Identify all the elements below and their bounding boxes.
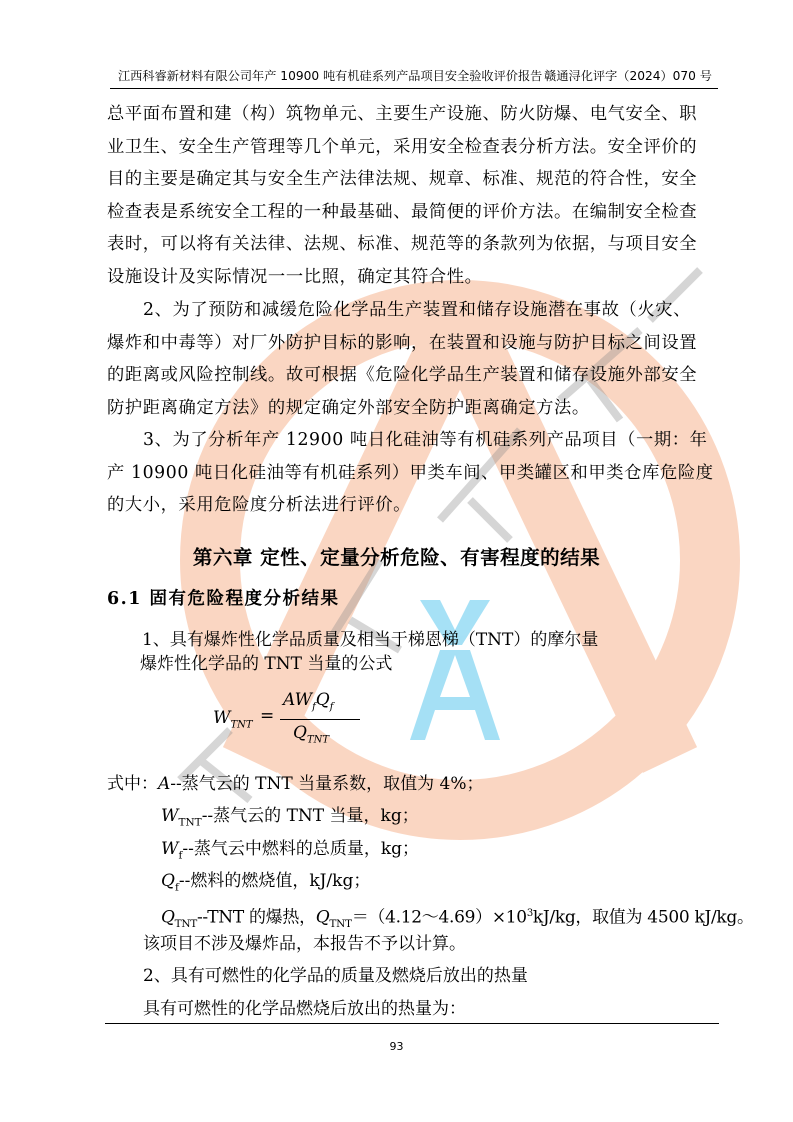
text-line: 设施设计及实际情况一一比照，确定其符合性。	[107, 261, 719, 294]
text-line: 的距离或风险控制线。故可根据《危险化学品生产装置和储存设施外部安全	[107, 359, 719, 392]
fraction-bar	[280, 719, 360, 720]
definition-qtnt: QTNT--TNT 的爆热，QTNT＝（4.12～4.69）×103kJ/kg，…	[107, 898, 754, 930]
page-header: 江西科睿新材料有限公司年产 10900 吨有机硅系列产品项目安全验收评价报告 赣…	[110, 66, 718, 89]
text-line: 产 10900 吨日化硅油等有机硅系列）甲类车间、甲类罐区和甲类仓库危险度	[107, 457, 719, 490]
paragraph-protection-distance: 2、为了预防和减缓危险化学品生产装置和储存设施潜在事故（火灾、 爆炸和中毒等）对…	[107, 294, 719, 424]
text-line: 爆炸和中毒等）对厂外防护目标的影响，在装置和设施与防护目标之间设置	[107, 327, 719, 360]
text-line: 具有可燃性的化学品燃烧后放出的热量为：	[143, 993, 528, 1025]
page-number: 93	[0, 1040, 793, 1053]
text-line: 业卫生、安全生产管理等几个单元，采用安全检查表分析方法。安全评价的	[107, 131, 719, 164]
paragraph-risk-analysis: 3、为了分析年产 12900 吨日化硅油等有机硅系列产品项目（一期：年 产 10…	[107, 424, 719, 522]
chapter-title: 第六章 定性、定量分析危险、有害程度的结果	[0, 542, 793, 570]
definition-a: 式中：A--蒸气云的 TNT 当量系数，取值为 4%；	[107, 768, 754, 800]
text-line: 检查表是系统安全工程的一种最基础、最简便的评价方法。在编制安全检查	[107, 196, 719, 229]
item-line: 爆炸性化学品的 TNT 当量的公式	[140, 652, 598, 676]
paragraph-checklist: 总平面布置和建（构）筑物单元、主要生产设施、防火防爆、电气安全、职 业卫生、安全…	[107, 98, 719, 294]
text-line: 该项目不涉及爆炸品，本报告不予以计算。	[143, 928, 528, 960]
document-page: 江西科睿新材料有限公司年产 10900 吨有机硅系列产品项目安全验收评价报告 赣…	[0, 0, 793, 1122]
text-line: 2、具有可燃性的化学品的质量及燃烧后放出的热量	[143, 960, 528, 992]
definition-wf: Wf--蒸气云中燃料的总质量，kg；	[107, 833, 754, 865]
closing-text: 该项目不涉及爆炸品，本报告不予以计算。 2、具有可燃性的化学品的质量及燃烧后放出…	[143, 928, 528, 1025]
definition-wtnt: WTNT--蒸气云的 TNT 当量，kg；	[107, 800, 754, 832]
text-line: 2、为了预防和减缓危险化学品生产装置和储存设施潜在事故（火灾、	[107, 294, 719, 327]
formula-numerator: AWfQf	[283, 690, 333, 712]
formula-denominator: QTNT	[293, 723, 329, 745]
formula-equals: =	[260, 706, 274, 726]
definition-qf: Qf--燃料的燃烧值，kJ/kg；	[107, 865, 754, 897]
footer-divider	[105, 1023, 719, 1024]
tnt-formula: WTNT = AWfQf QTNT	[180, 688, 380, 752]
text-line: 目的主要是确定其与安全生产法律法规、规章、标准、规范的符合性，安全	[107, 163, 719, 196]
variable-definitions: 式中：A--蒸气云的 TNT 当量系数，取值为 4%； WTNT--蒸气云的 T…	[107, 768, 754, 930]
text-line: 3、为了分析年产 12900 吨日化硅油等有机硅系列产品项目（一期：年	[107, 424, 719, 457]
text-line: 总平面布置和建（构）筑物单元、主要生产设施、防火防爆、电气安全、职	[107, 98, 719, 131]
text-line: 的大小，采用危险度分析法进行评价。	[107, 489, 719, 522]
item-explosive: 1、具有爆炸性化学品质量及相当于梯恩梯（TNT）的摩尔量 爆炸性化学品的 TNT…	[142, 628, 598, 676]
item-line: 1、具有爆炸性化学品质量及相当于梯恩梯（TNT）的摩尔量	[142, 628, 598, 652]
report-title: 江西科睿新材料有限公司年产 10900 吨有机硅系列产品项目安全验收评价报告	[118, 66, 542, 86]
text-line: 表时，可以将有关法律、法规、标准、规范等的条款列为依据，与项目安全	[107, 228, 719, 261]
section-heading: 6.1 固有危险程度分析结果	[107, 585, 340, 610]
formula-lhs: WTNT	[213, 708, 253, 730]
text-line: 防护距离确定方法》的规定确定外部安全防护距离确定方法。	[107, 392, 719, 425]
report-number: 赣通浔化评字（2024）070 号	[544, 66, 712, 86]
